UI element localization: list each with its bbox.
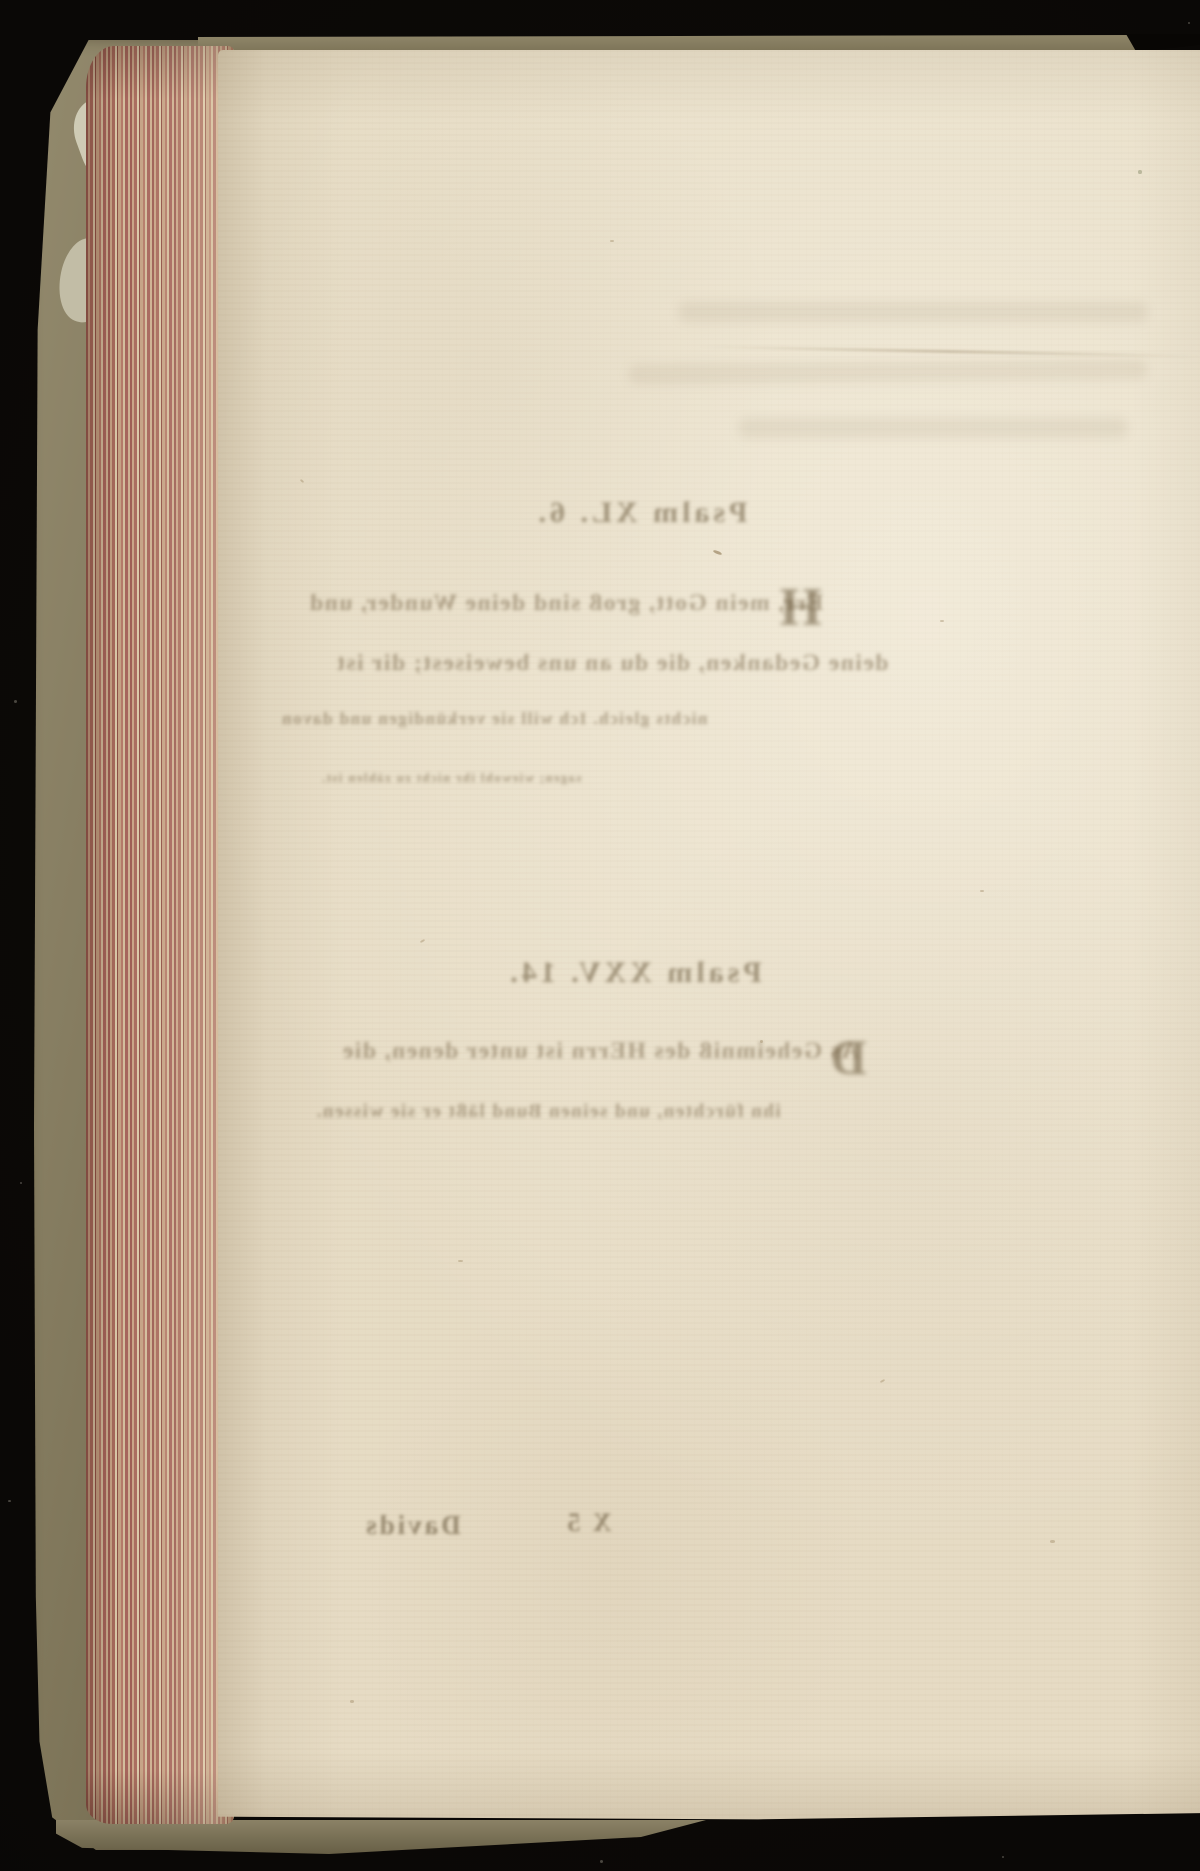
bleedthrough-line: As Geheimniß des HErrn ist unter denen, …: [341, 1040, 858, 1064]
paper-fleck: [300, 479, 304, 483]
paper-fleck: [1138, 170, 1142, 174]
paper-crease: [698, 345, 1200, 358]
paper-fleck: [610, 240, 614, 242]
faint-showthrough-band: [678, 302, 1148, 322]
bleedthrough-line: Err, mein Gott, groß sind deine Wunder, …: [309, 592, 824, 616]
dust-speck: [600, 1860, 603, 1863]
page-edge-stack: [86, 46, 234, 1824]
bleedthrough-line: deine Gedanken, die du an uns beweisest;…: [336, 652, 889, 676]
bleedthrough-signature-mark: X 5: [564, 1510, 611, 1536]
book-cover-board-bottom: [56, 1820, 706, 1854]
paper-fleck: [880, 1379, 885, 1383]
bleedthrough-line: nichts gleich. Ich will sie verkündigen …: [281, 710, 708, 727]
dust-speck: [8, 1500, 11, 1502]
paper-fleck: [980, 890, 984, 892]
bleedthrough-heading-2: Psalm XXV. 14.: [506, 958, 761, 988]
bleedthrough-line: ihn fürchten, und seinen Bund läßt er si…: [315, 1102, 781, 1121]
dust-speck: [1188, 22, 1190, 24]
paper-fleck: [350, 1700, 354, 1703]
dust-speck: [1002, 1856, 1004, 1858]
paper-fleck: [1050, 1540, 1055, 1543]
paper-fleck: [940, 620, 944, 622]
faint-showthrough-band: [738, 418, 1128, 438]
faint-showthrough-band: [628, 359, 1148, 384]
paper-fleck: [420, 939, 425, 943]
book-page: Psalm XL. 6. H Err, mein Gott, groß sind…: [218, 50, 1200, 1822]
bleedthrough-heading-1: Psalm XL. 6.: [535, 498, 748, 528]
paper-fleck: [713, 549, 722, 555]
bleedthrough-catchword: Davids: [363, 1512, 461, 1539]
photo-stage: Psalm XL. 6. H Err, mein Gott, groß sind…: [0, 0, 1200, 1871]
bleedthrough-line: sagen; wiewohl ihr nicht zu zählen ist.: [321, 772, 582, 785]
cover-corner-shadow: [1126, 34, 1200, 52]
dust-speck: [14, 700, 17, 703]
dust-speck: [20, 1182, 22, 1184]
paper-fleck: [458, 1260, 463, 1262]
paper-fleck: [760, 1040, 763, 1043]
